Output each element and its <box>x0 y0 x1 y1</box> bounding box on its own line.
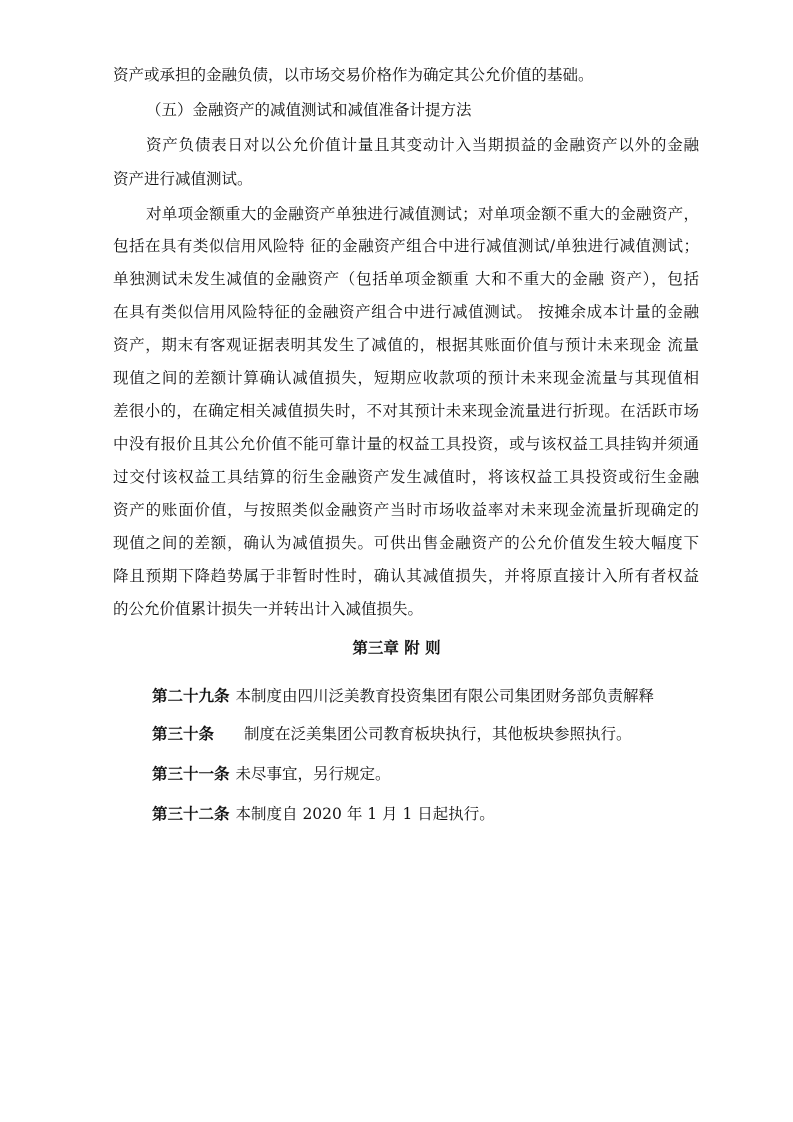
paragraph-line: 资产负债表日对以公允价值计量且其变动计入当期损益的金融资产以外的金融 <box>146 135 699 155</box>
paragraph-line: 中没有报价且其公允价值不能可靠计量的权益工具投资，或与该权益工具挂钩并须通 <box>113 434 699 454</box>
article-text: 本制度由四川泛美教育投资集团有限公司集团财务部负责解释 <box>236 687 655 705</box>
paragraph-line: 现值之间的差额计算确认减值损失，短期应收款项的预计未来现金流量与其现值相 <box>113 368 699 388</box>
subsection-heading: （五）金融资产的减值测试和减值准备计提方法 <box>146 100 699 120</box>
paragraph-line: 过交付该权益工具结算的衍生金融资产发生减值时，将该权益工具投资或衍生金融 <box>113 467 699 487</box>
article-number: 第二十九条 <box>152 686 230 706</box>
article-number: 第三十一条 <box>152 764 230 784</box>
article-30: 第三十条制度在泛美集团公司教育板块执行，其他板块参照执行。 <box>152 724 632 744</box>
paragraph-line: 资产，期末有客观证据表明其发生了减值的，根据其账面价值与预计未来现金 流量 <box>113 335 699 355</box>
article-text: 制度在泛美集团公司教育板块执行，其他板块参照执行。 <box>244 725 632 743</box>
article-32: 第三十二条本制度自 2020 年 1 月 1 日起执行。 <box>152 804 495 824</box>
paragraph-line: 的公允价值累计损失一并转出计入减值损失。 <box>113 599 699 619</box>
article-text: 本制度自 2020 年 1 月 1 日起执行。 <box>236 805 495 823</box>
article-number: 第三十二条 <box>152 804 230 824</box>
paragraph-line: 资产或承担的金融负债，以市场交易价格作为确定其公允价值的基础。 <box>113 65 699 85</box>
article-text: 未尽事宜，另行规定。 <box>236 765 391 783</box>
paragraph-line: 资产的账面价值，与按照类似金融资产当时市场收益率对未来现金流量折现确定的 <box>113 500 699 520</box>
paragraph-line: 单独测试未发生减值的金融资产（包括单项金额重 大和不重大的金融 资产），包括 <box>113 269 699 289</box>
article-number: 第三十条 <box>152 724 214 744</box>
paragraph-line: 差很小的，在确定相关减值损失时，不对其预计未来现金流量进行折现。在活跃市场 <box>113 401 699 421</box>
article-31: 第三十一条未尽事宜，另行规定。 <box>152 764 391 784</box>
paragraph-line: 现值之间的差额，确认为减值损失。可供出售金融资产的公允价值发生较大幅度下 <box>113 533 699 553</box>
document-page: 资产或承担的金融负债，以市场交易价格作为确定其公允价值的基础。 （五）金融资产的… <box>0 0 793 1122</box>
paragraph-line: 降且预期下降趋势属于非暂时性时，确认其减值损失，并将原直接计入所有者权益 <box>113 566 699 586</box>
paragraph-line: 资产进行减值测试。 <box>113 169 699 189</box>
paragraph-line: 包括在具有类似信用风险特 征的金融资产组合中进行减值测试/单独进行减值测试； <box>113 236 699 256</box>
paragraph-line: 在具有类似信用风险特征的金融资产组合中进行减值测试。 按摊余成本计量的金融 <box>113 302 699 322</box>
chapter-title: 第三章 附 则 <box>0 638 793 658</box>
article-29: 第二十九条本制度由四川泛美教育投资集团有限公司集团财务部负责解释 <box>152 686 654 706</box>
paragraph-line: 对单项金额重大的金融资产单独进行减值测试；对单项金额不重大的金融资产， <box>146 204 699 224</box>
